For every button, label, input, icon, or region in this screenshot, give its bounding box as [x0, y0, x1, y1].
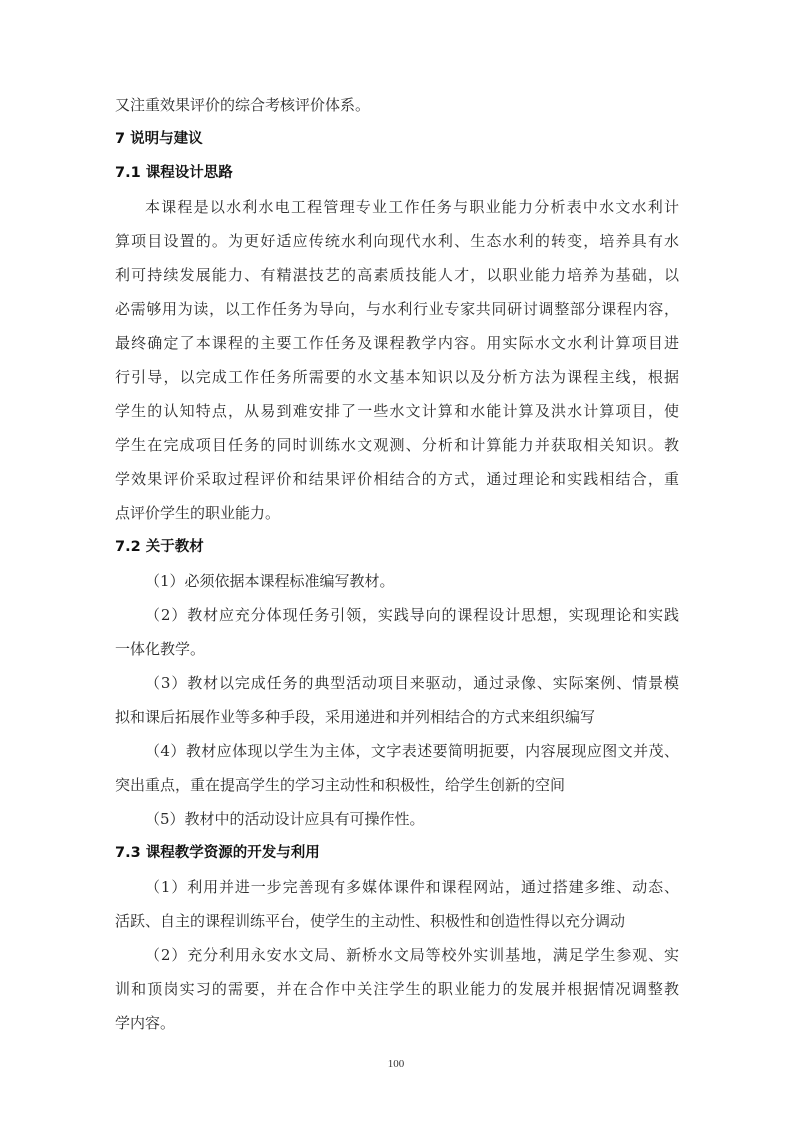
- paragraph-line: （4）教材应体现以学生为主体，文字表述要简明扼要，内容展现应图文并茂、: [115, 734, 679, 768]
- list-item-textbook-4: （4）教材应体现以学生为主体，文字表述要简明扼要，内容展现应图文并茂、 突出重点…: [115, 734, 679, 802]
- paragraph-line: 活跃、自主的课程训练平台，使学生的主动性、积极性和创造性得以充分调动: [115, 904, 679, 938]
- paragraph-line: 算项目设置的。为更好适应传统水利向现代水利、生态水利的转变，培养具有水: [115, 224, 679, 258]
- page-number: 100: [0, 1058, 792, 1070]
- list-item-textbook-2: （2）教材应充分体现任务引领，实践导向的课程设计思想，实现理论和实践 一体化教学…: [115, 598, 679, 666]
- section-heading-7-2: 7.2 关于教材: [115, 530, 679, 564]
- list-item-resources-1: （1）利用并进一步完善现有多媒体课件和课程网站，通过搭建多维、动态、 活跃、自主…: [115, 870, 679, 938]
- paragraph-line: 点评价学生的职业能力。: [115, 496, 679, 530]
- paragraph-line: （2）充分利用永安水文局、新桥水文局等校外实训基地，满足学生参观、实: [115, 938, 679, 972]
- paragraph-line: 又注重效果评价的综合考核评价体系。: [115, 88, 679, 122]
- paragraph-line: 一体化教学。: [115, 632, 679, 666]
- paragraph-line: 学生的认知特点，从易到难安排了一些水文计算和水能计算及洪水计算项目，使: [115, 394, 679, 428]
- paragraph-line: 学生在完成项目任务的同时训练水文观测、分析和计算能力并获取相关知识。教: [115, 428, 679, 462]
- list-item-textbook-1: （1）必须依据本课程标准编写教材。: [115, 564, 679, 598]
- document-page: 又注重效果评价的综合考核评价体系。 7 说明与建议 7.1 课程设计思路 本课程…: [115, 88, 679, 1040]
- paragraph-line: 拟和课后拓展作业等多种手段，采用递进和并列相结合的方式来组织编写: [115, 700, 679, 734]
- paragraph-line: 行引导，以完成工作任务所需要的水文基本知识以及分析方法为课程主线，根据: [115, 360, 679, 394]
- section-heading-7-1: 7.1 课程设计思路: [115, 156, 679, 190]
- paragraph-line: 学内容。: [115, 1006, 679, 1040]
- paragraph-line: 必需够用为读，以工作任务为导向，与水利行业专家共同研讨调整部分课程内容，: [115, 292, 679, 326]
- section-heading-7-3: 7.3 课程教学资源的开发与利用: [115, 836, 679, 870]
- paragraph-line: （2）教材应充分体现任务引领，实践导向的课程设计思想，实现理论和实践: [115, 598, 679, 632]
- section-heading-7: 7 说明与建议: [115, 122, 679, 156]
- list-item-resources-2: （2）充分利用永安水文局、新桥水文局等校外实训基地，满足学生参观、实 训和顶岗实…: [115, 938, 679, 1040]
- paragraph-line: （5）教材中的活动设计应具有可操作性。: [115, 802, 679, 836]
- list-item-textbook-3: （3）教材以完成任务的典型活动项目来驱动，通过录像、实际案例、情景模 拟和课后拓…: [115, 666, 679, 734]
- paragraph-line: （3）教材以完成任务的典型活动项目来驱动，通过录像、实际案例、情景模: [115, 666, 679, 700]
- paragraph-line: （1）利用并进一步完善现有多媒体课件和课程网站，通过搭建多维、动态、: [115, 870, 679, 904]
- paragraph-line: 学效果评价采取过程评价和结果评价相结合的方式，通过理论和实践相结合，重: [115, 462, 679, 496]
- list-item-textbook-5: （5）教材中的活动设计应具有可操作性。: [115, 802, 679, 836]
- paragraph-line: （1）必须依据本课程标准编写教材。: [115, 564, 679, 598]
- paragraph-line: 训和顶岗实习的需要，并在合作中关注学生的职业能力的发展并根据情况调整教: [115, 972, 679, 1006]
- paragraph-line: 突出重点，重在提高学生的学习主动性和积极性，给学生创新的空间: [115, 768, 679, 802]
- paragraph-line: 最终确定了本课程的主要工作任务及课程教学内容。用实际水文水利计算项目进: [115, 326, 679, 360]
- paragraph-course-design: 本课程是以水利水电工程管理专业工作任务与职业能力分析表中水文水利计 算项目设置的…: [115, 190, 679, 530]
- paragraph-line: 利可持续发展能力、有精湛技艺的高素质技能人才，以职业能力培养为基础，以: [115, 258, 679, 292]
- paragraph-line: 本课程是以水利水电工程管理专业工作任务与职业能力分析表中水文水利计: [115, 190, 679, 224]
